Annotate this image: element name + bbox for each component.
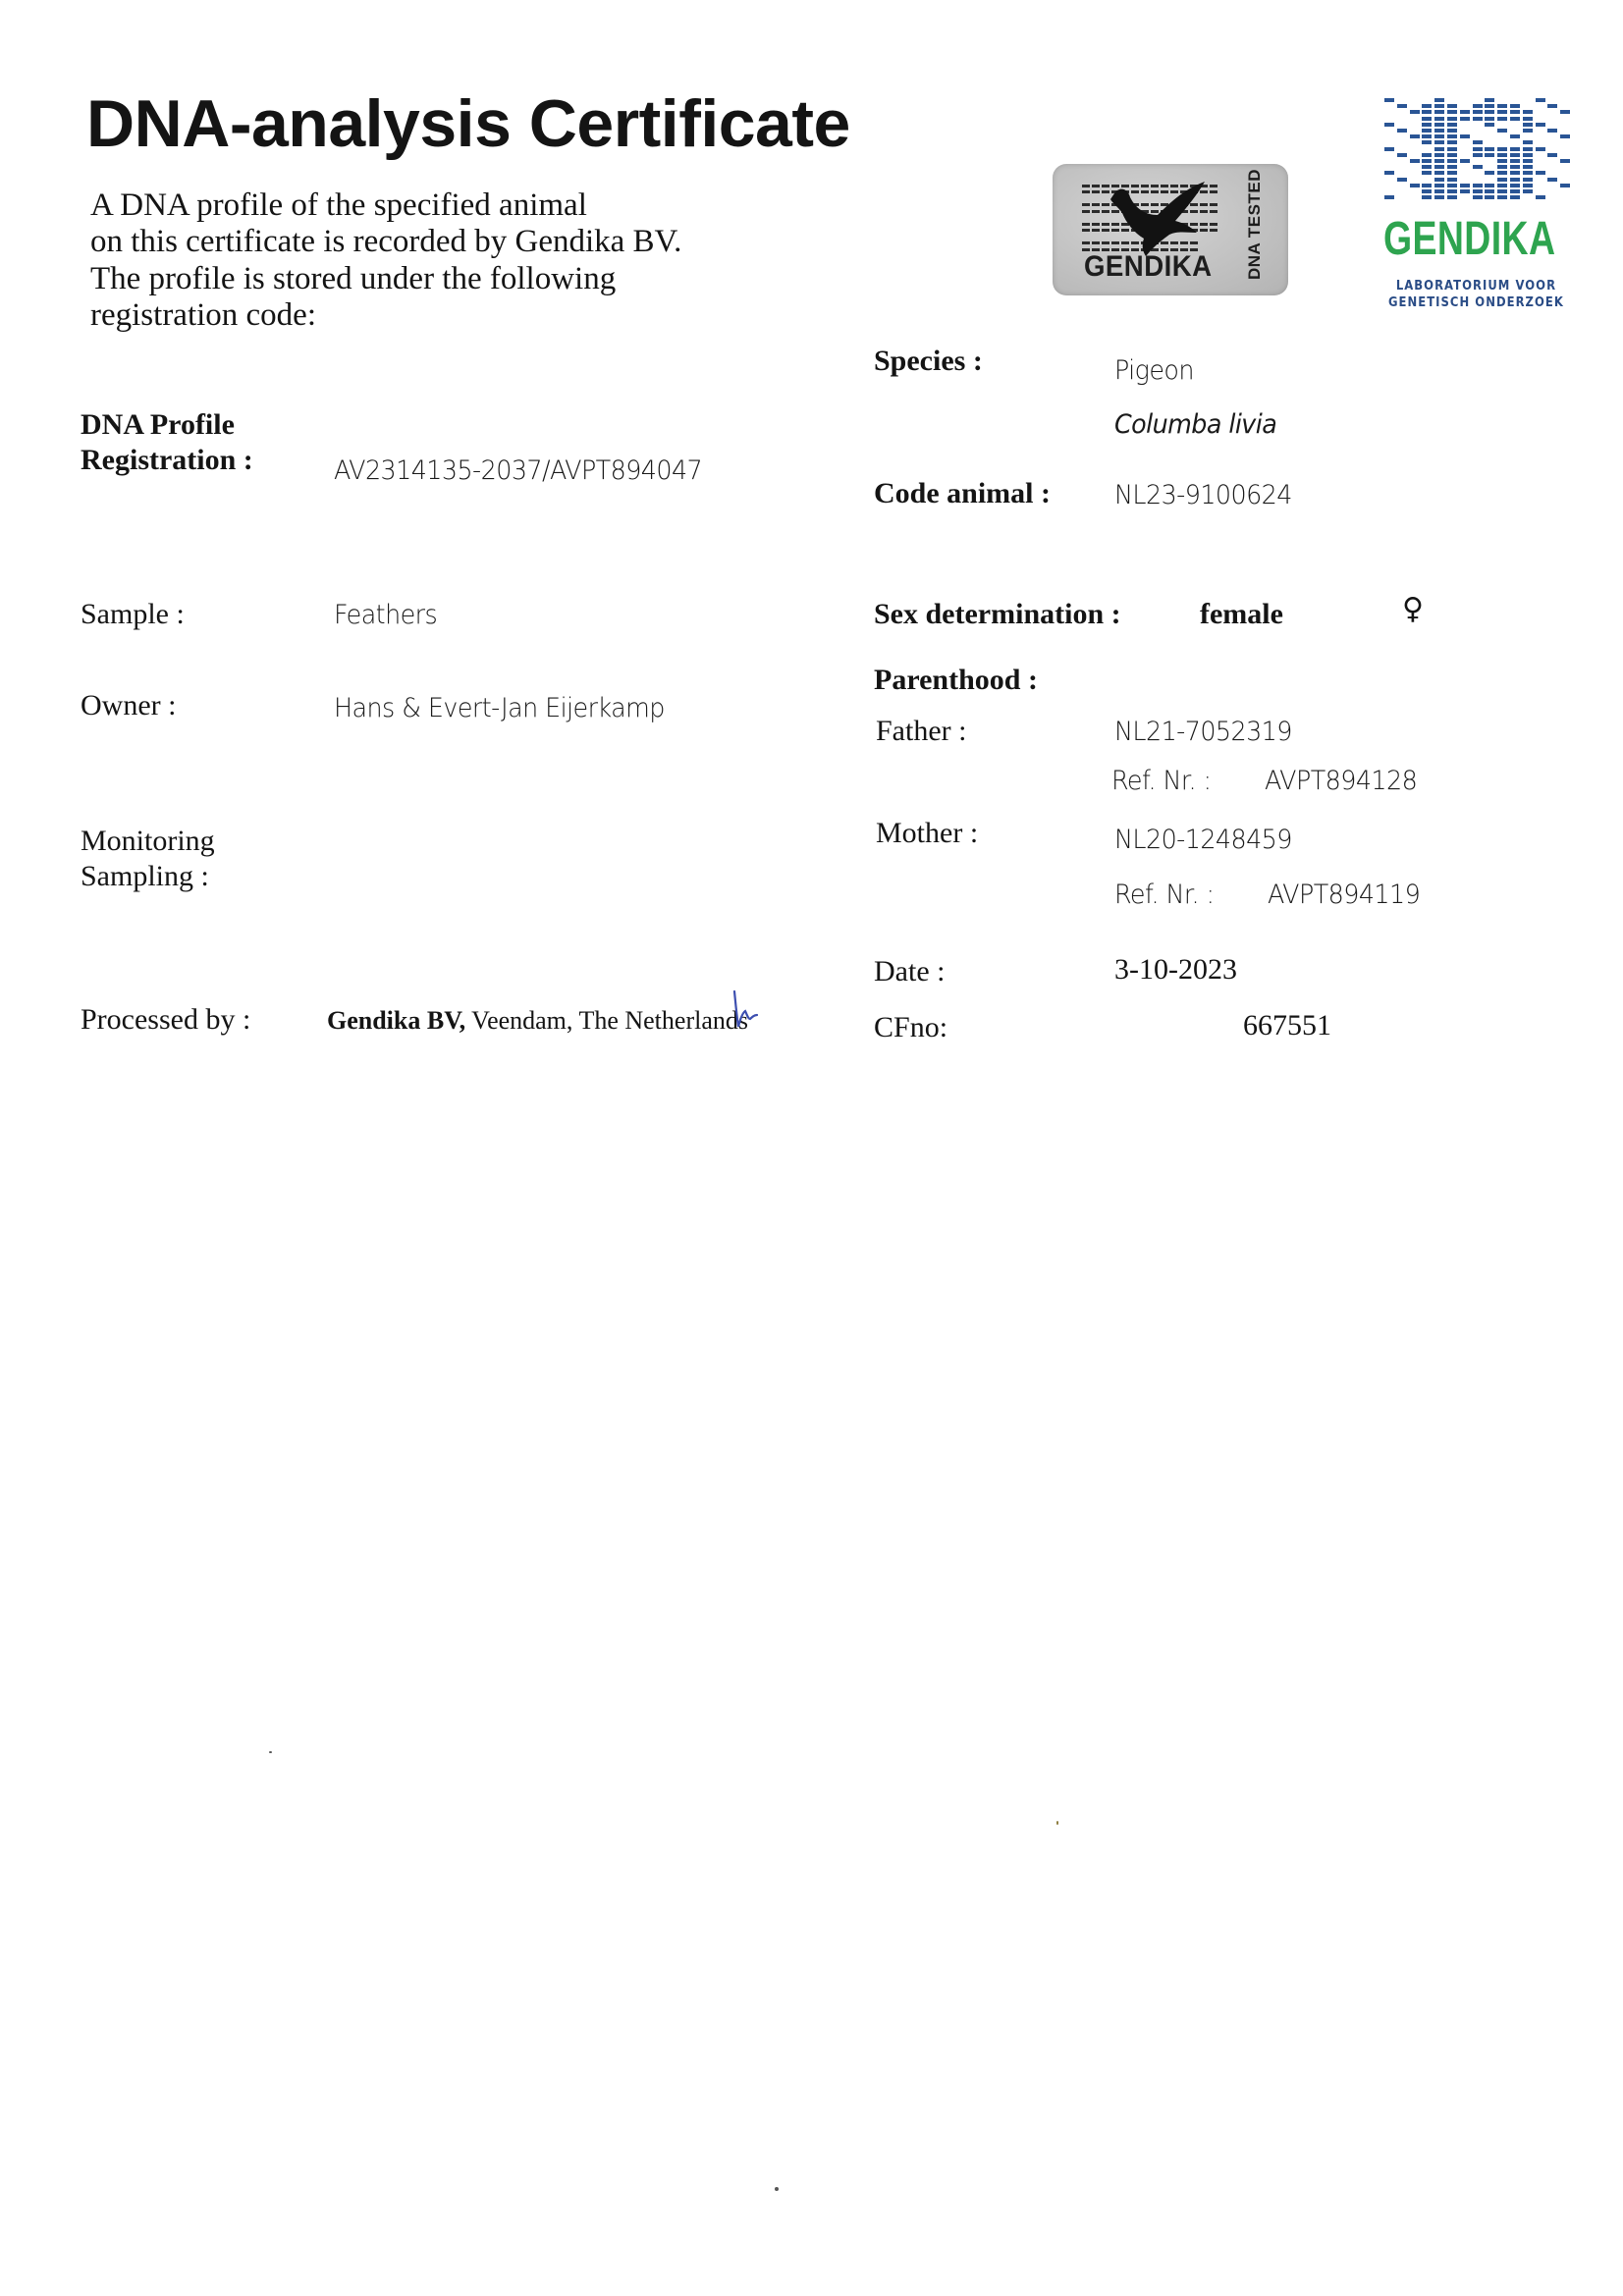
female-symbol-icon: ♀ [1402, 595, 1424, 624]
father-label: Father : [876, 717, 966, 746]
father-ref-value: AVPT894128 [1265, 768, 1417, 794]
intro-line: The profile is stored under the followin… [90, 261, 681, 297]
cfno-value: 667551 [1243, 1011, 1331, 1041]
father-ring-value: NL21-7052319 [1114, 719, 1292, 745]
registration-label: DNA Profile Registration : [81, 407, 253, 478]
intro-line: A DNA profile of the specified animal [90, 187, 681, 224]
badge-dna-tested-label: DNA TESTED [1245, 169, 1265, 280]
gendika-dna-grid-icon [1384, 98, 1573, 202]
species-label: Species : [874, 347, 983, 376]
monitoring-label-line2: Sampling : [81, 859, 215, 894]
dna-tested-badge: GENDIKA DNA TESTED [1053, 164, 1288, 295]
code-animal-label: Code animal : [874, 479, 1051, 508]
owner-label: Owner : [81, 691, 176, 721]
scan-speck [1056, 1821, 1058, 1825]
intro-paragraph: A DNA profile of the specified animal on… [90, 187, 681, 334]
certificate-title: DNA-analysis Certificate [86, 90, 850, 157]
mother-ref-value: AVPT894119 [1268, 881, 1420, 908]
mother-ring-value: NL20-1248459 [1114, 827, 1292, 853]
registration-label-line2: Registration : [81, 443, 253, 478]
owner-value: Hans & Evert-Jan Eijerkamp [334, 695, 665, 721]
sample-value: Feathers [334, 602, 437, 628]
logo-subtitle-line: GENETISCH ONDERZOEK [1388, 294, 1564, 311]
intro-line: on this certificate is recorded by Gendi… [90, 224, 681, 260]
mother-label: Mother : [876, 819, 978, 848]
cfno-label: CFno: [874, 1013, 947, 1042]
monitoring-sampling-label: Monitoring Sampling : [81, 824, 215, 894]
father-ref-label: Ref. Nr. : [1111, 768, 1211, 794]
species-latin-value: Columba livia [1114, 411, 1276, 438]
date-value: 3-10-2023 [1114, 955, 1237, 985]
registration-label-line1: DNA Profile [81, 407, 253, 443]
mother-ref-label: Ref. Nr. : [1114, 881, 1214, 908]
sex-value: female [1200, 600, 1283, 629]
signature-mark-icon [730, 989, 760, 1033]
processed-by-location: Veendam, The Netherlands [465, 1006, 748, 1035]
gendika-logo-name: GENDIKA [1383, 216, 1555, 263]
sex-determination-label: Sex determination : [874, 600, 1121, 629]
gendika-logo-subtitle: LABORATORIUM VOOR GENETISCH ONDERZOEK [1388, 278, 1564, 311]
sample-label: Sample : [81, 600, 185, 629]
processed-by-value: Gendika BV, Veendam, The Netherlands [327, 1008, 748, 1034]
scan-speck [775, 2187, 779, 2191]
processed-by-label: Processed by : [81, 1005, 250, 1035]
monitoring-label-line1: Monitoring [81, 824, 215, 859]
code-animal-value: NL23-9100624 [1114, 482, 1292, 508]
date-label: Date : [874, 957, 945, 987]
parenthood-label: Parenthood : [874, 666, 1038, 695]
intro-line: registration code: [90, 297, 681, 334]
scan-speck [269, 1751, 272, 1753]
species-common-value: Pigeon [1114, 357, 1194, 384]
processed-by-company: Gendika BV, [327, 1006, 465, 1035]
registration-value: AV2314135-2037/AVPT894047 [334, 457, 702, 484]
badge-brand-name: GENDIKA [1084, 250, 1212, 284]
logo-subtitle-line: LABORATORIUM VOOR [1388, 278, 1564, 294]
